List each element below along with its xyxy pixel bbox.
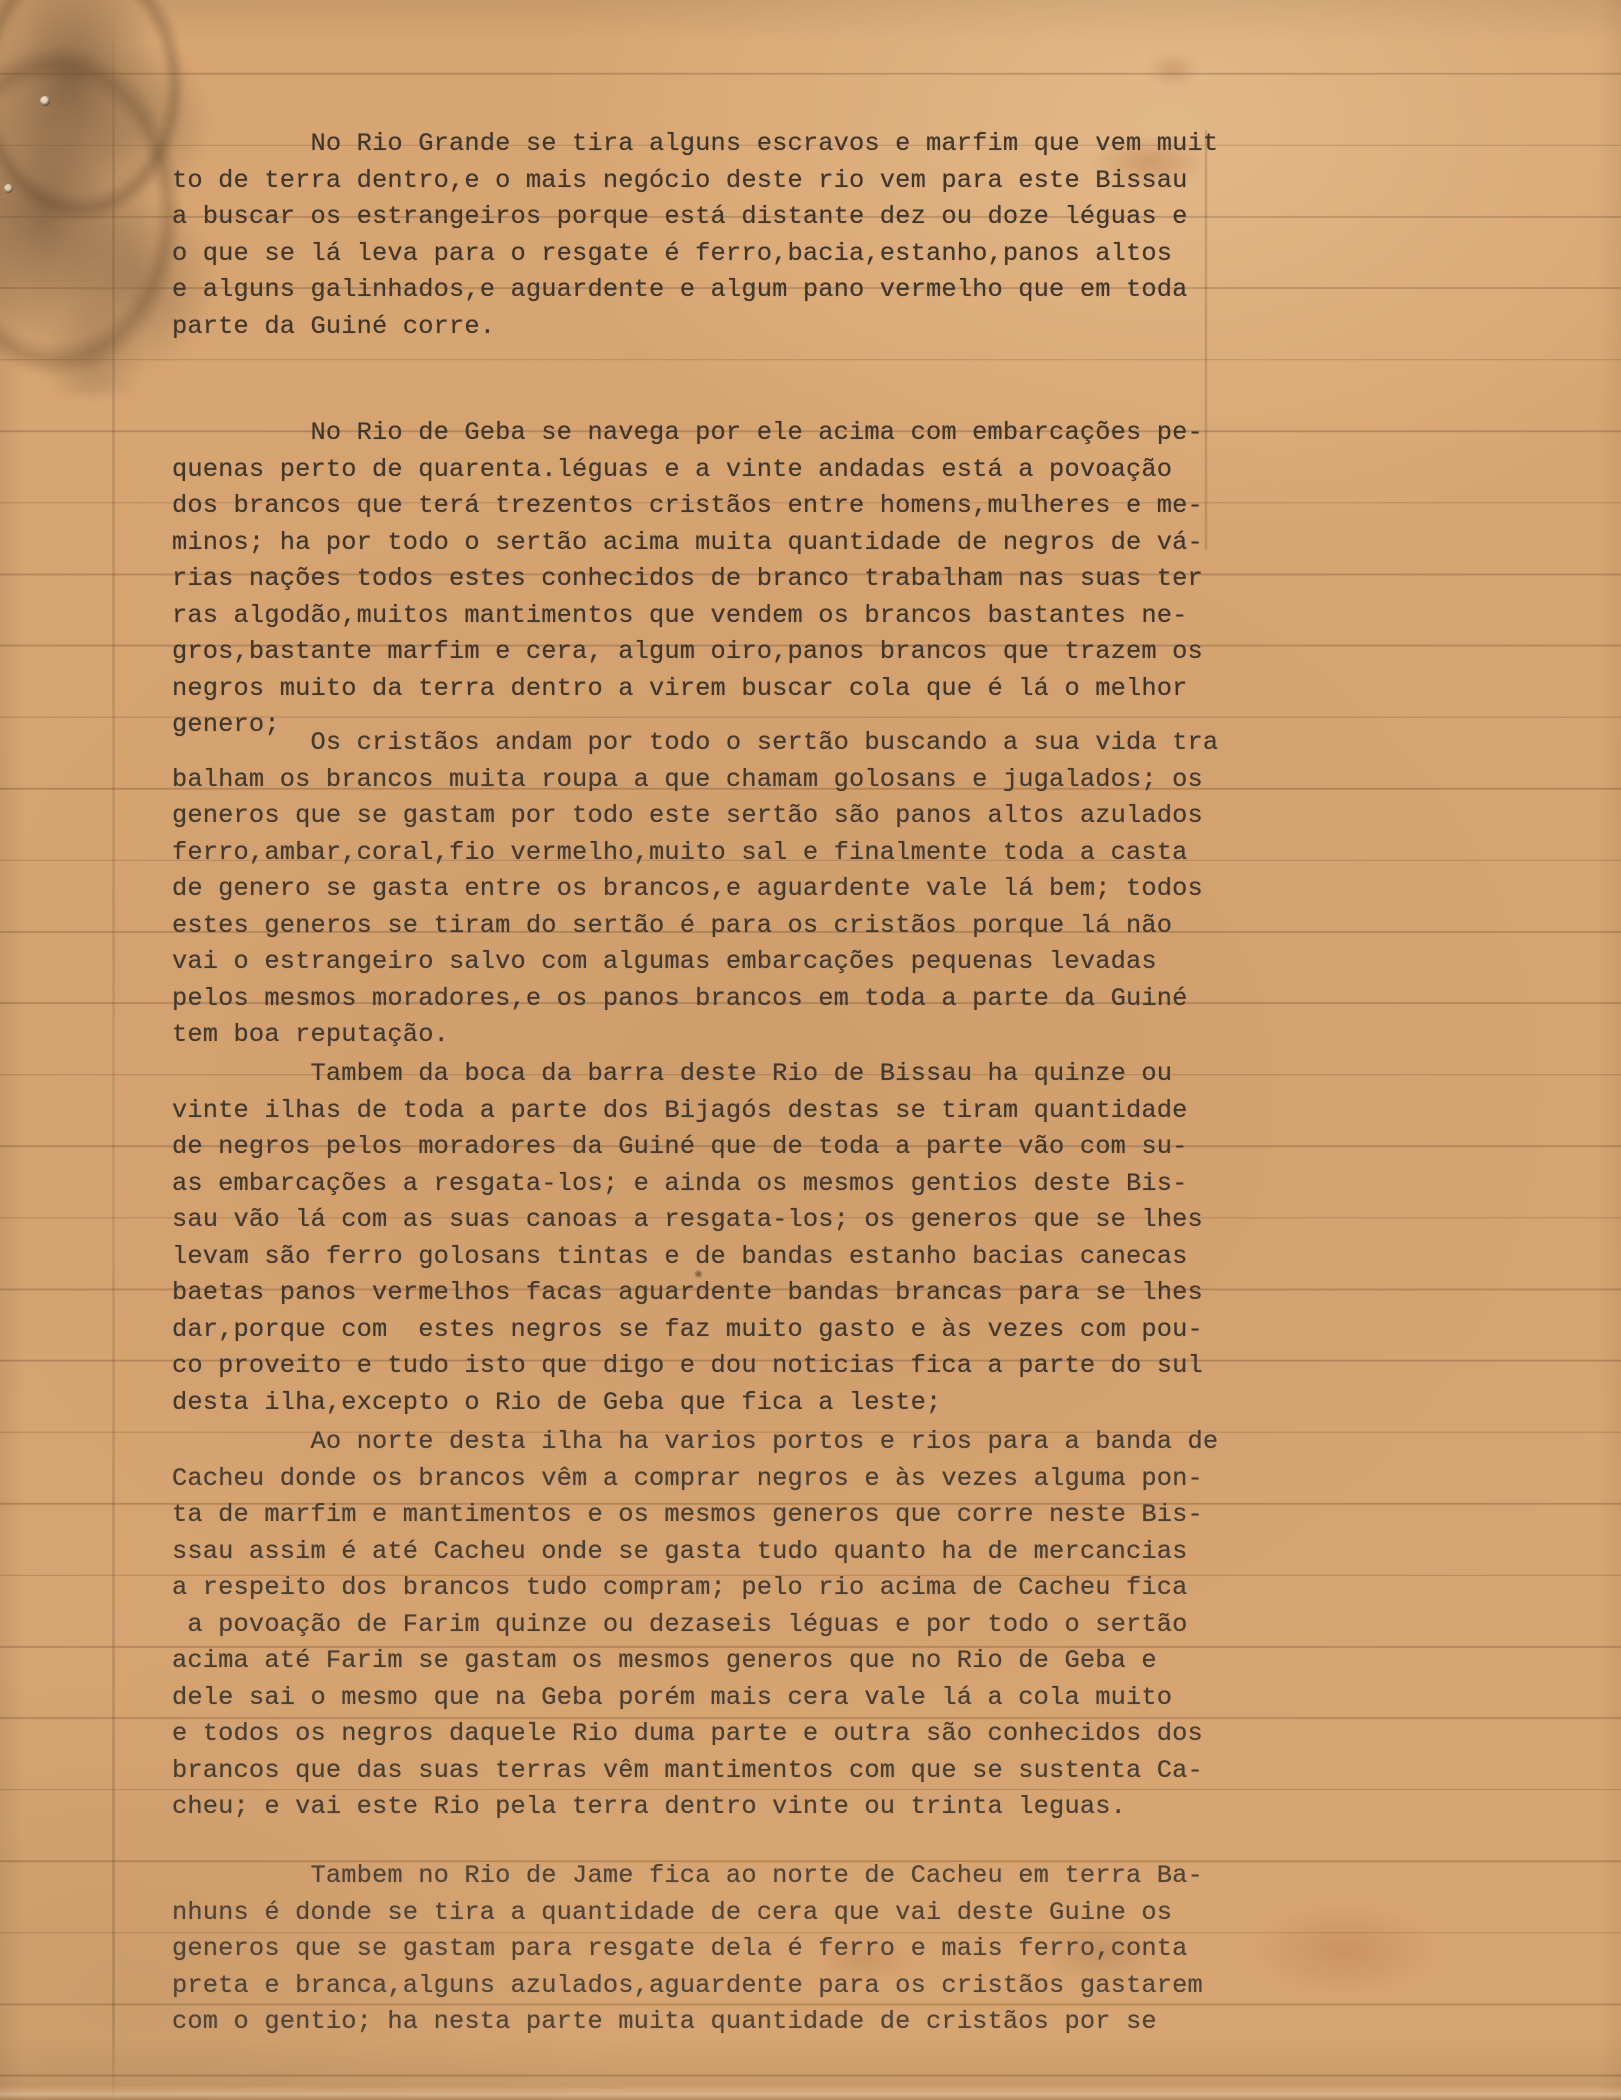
paragraph-rio-de-geba: No Rio de Geba se navega por ele acima c… [172, 415, 1203, 744]
paper-speck [40, 96, 50, 106]
paragraph-rio-grande: No Rio Grande se tira alguns escravos e … [172, 126, 1218, 345]
fold-crease-left [112, 0, 115, 2100]
ink-blotch [1255, 1905, 1435, 1995]
paragraph-cristaos-sertao: Os cristãos andam por todo o sertão busc… [172, 725, 1218, 1054]
paragraph-norte-cacheu: Ao norte desta ilha ha varios portos e r… [172, 1424, 1218, 1826]
ink-blotch [1150, 55, 1196, 85]
page-bottom-edge [0, 2086, 1621, 2100]
paragraph-ilhas-bijagos: Tambem da boca da barra deste Rio de Bis… [172, 1056, 1203, 1421]
scanned-document-page: No Rio Grande se tira alguns escravos e … [0, 0, 1621, 2100]
paragraph-rio-de-jame: Tambem no Rio de Jame fica ao norte de C… [172, 1858, 1203, 2041]
paper-speck [4, 184, 13, 193]
